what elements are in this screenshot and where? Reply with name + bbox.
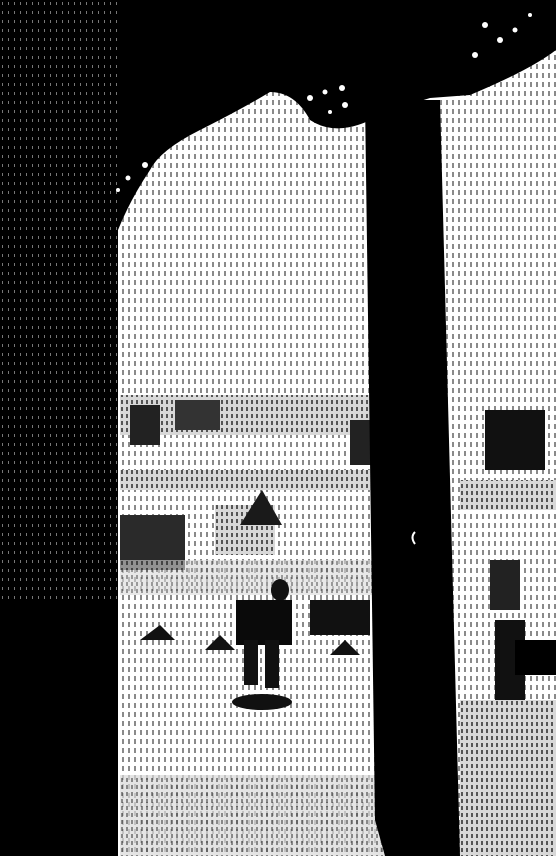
ground — [120, 775, 390, 856]
right-side-building — [460, 100, 556, 856]
halftone-photograph — [0, 0, 556, 856]
